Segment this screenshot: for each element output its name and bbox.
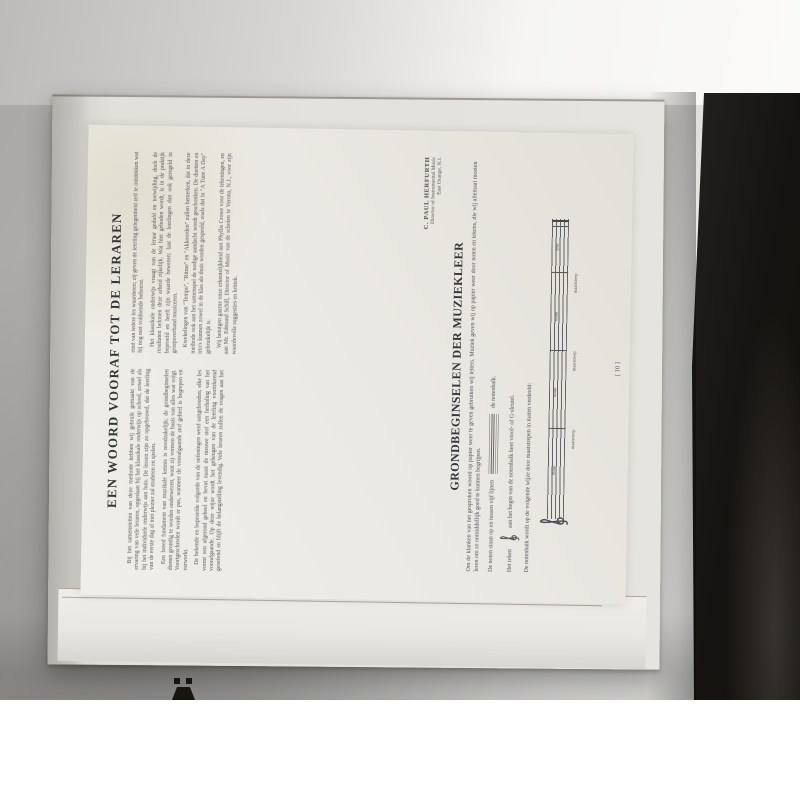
end-label: Slot	[555, 243, 560, 251]
table-surface-glare	[0, 0, 800, 105]
foreword-body-text: Bij het samenstellen van deze methode he…	[127, 152, 422, 575]
barline-label: maatstreep	[570, 429, 575, 449]
photo-of-open-book: EEN WOORD VOORAF TOT DE LERAREN Bij het …	[0, 0, 800, 800]
cover-print-mark	[172, 678, 198, 700]
page-number: [ 10 ]	[610, 134, 625, 604]
section-intro-text: Om de klanken van het gesproken woord op…	[466, 161, 489, 571]
measure-label: maat	[553, 387, 558, 397]
foreword-paragraph: Het klassikale onderwijs vraagt van de l…	[149, 152, 182, 353]
treble-clef-icon	[499, 534, 521, 543]
foreword-paragraph: Kwekelingen van "Tempo", "Ritme" en "Akk…	[183, 152, 216, 353]
staff-line-text-before: De noten staan op en tussen vijf lijnen	[488, 480, 496, 572]
clef-line-text-after: aan het begin van de notenbalk heet vioo…	[507, 395, 515, 528]
foreword-paragraph: Een breed fundament van muzikale kennis …	[161, 369, 194, 570]
photo-area: EEN WOORD VOORAF TOT DE LERAREN Bij het …	[0, 0, 800, 700]
staff-line-text-after: de notenbalk.	[491, 376, 498, 408]
barline-label: maatstreep	[571, 351, 576, 371]
clef-line-text-before: Het teken	[506, 549, 512, 572]
barline-label: maatstreep	[572, 273, 577, 293]
double-barline	[552, 220, 569, 223]
book-page: EEN WOORD VOORAF TOT DE LERAREN Bij het …	[80, 125, 633, 604]
mark-dot	[174, 678, 180, 684]
mark-dot	[186, 678, 192, 684]
section-heading: GRONDBEGINSELEN DER MUZIEKLEER	[446, 157, 468, 575]
photo-bottom-white-margin	[0, 700, 800, 800]
measures-staff-diagram: maat maat maat Slot maatstreep maatstree…	[538, 203, 592, 534]
page-title: EEN WOORD VOORAF TOT DE LERAREN	[103, 151, 126, 569]
staff-lines	[546, 219, 568, 519]
measures-line-text: De notenbalk wordt op de volgende wijze …	[523, 383, 532, 573]
measure-label: maat	[554, 311, 559, 321]
clef-definition-line: Het teken aan het begin van de notenbalk…	[498, 162, 527, 572]
measure-label: maat	[551, 465, 556, 475]
foreword-paragraph: Wij betuigen gaarne onze erkentelijkheid…	[217, 153, 243, 354]
dark-fabric-object	[692, 93, 800, 700]
mark-body	[172, 687, 195, 700]
foreword-paragraph: Bij het samenstellen van deze methode he…	[127, 369, 160, 570]
staff-lines-icon	[488, 414, 498, 474]
